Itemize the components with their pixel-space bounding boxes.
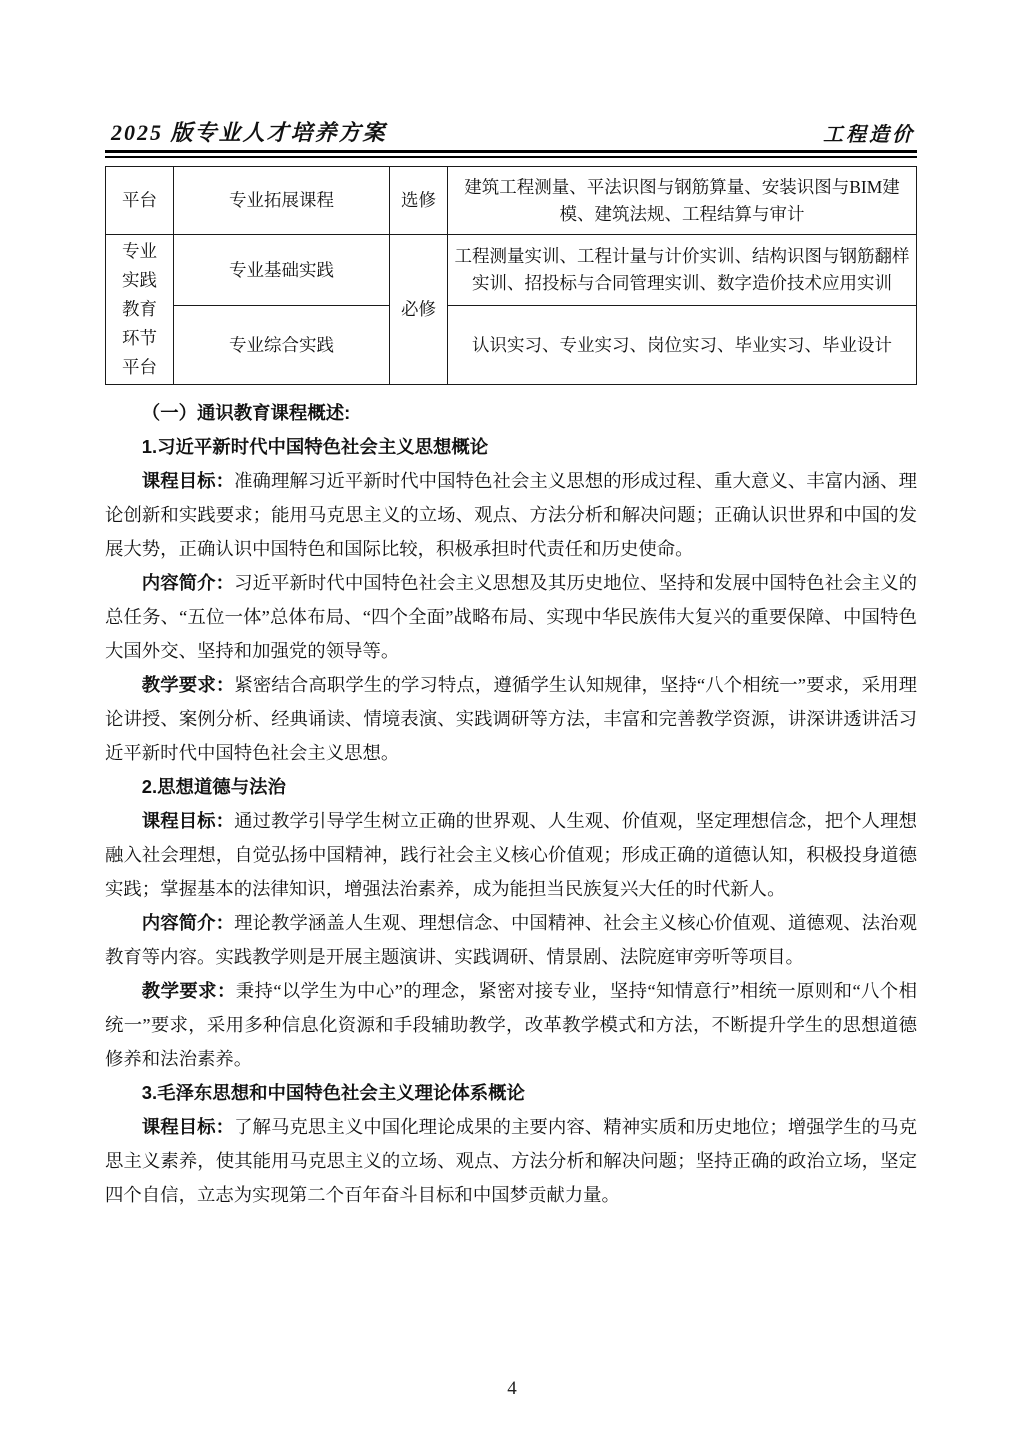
cell-platform-row1: 平台 [106,167,174,235]
paragraph-label: 课程目标： [142,470,234,491]
paragraph-label: 课程目标： [142,1116,234,1137]
cell-courses-row3: 认识实习、专业实习、岗位实习、毕业实习、毕业设计 [448,306,917,385]
paragraph: 教学要求：紧密结合高职学生的学习特点，遵循学生认知规律，坚持“八个相统一”要求，… [105,668,917,770]
cell-platform-merged: 专业实践教育环节平台 [106,235,174,385]
course-title: 2.思想道德与法治 [105,770,917,804]
course-section-2: 2.思想道德与法治 课程目标：通过教学引导学生树立正确的世界观、人生观、价值观，… [105,770,917,1076]
paragraph: 课程目标：通过教学引导学生树立正确的世界观、人生观、价值观，坚定理想信念，把个人… [105,804,917,906]
cell-category-row3: 专业综合实践 [174,306,390,385]
cell-courses-row2: 工程测量实训、工程计量与计价实训、结构识图与钢筋翻样实训、招投标与合同管理实训、… [448,235,917,306]
header-title-right: 工程造价 [823,118,915,147]
cell-type-row1: 选修 [390,167,448,235]
course-section-1: 1.习近平新时代中国特色社会主义思想概论 课程目标：准确理解习近平新时代中国特色… [105,430,917,770]
paragraph: 内容简介：习近平新时代中国特色社会主义思想及其历史地位、坚持和发展中国特色社会主… [105,566,917,668]
header-title-left: 2025 版专业人才培养方案 [111,116,387,147]
vertical-platform-label: 专业实践教育环节平台 [121,237,159,382]
paragraph: 内容简介：理论教学涵盖人生观、理想信念、中国精神、社会主义核心价值观、道德观、法… [105,906,917,974]
page-number: 4 [0,1378,1024,1400]
table-row: 专业综合实践 认识实习、专业实习、岗位实习、毕业实习、毕业设计 [106,306,917,385]
paragraph: 课程目标：准确理解习近平新时代中国特色社会主义思想的形成过程、重大意义、丰富内涵… [105,464,917,566]
paragraph: 教学要求：秉持“以学生为中心”的理念，紧密对接专业，坚持“知情意行”相统一原则和… [105,974,917,1076]
paragraph: 课程目标：了解马克思主义中国化理论成果的主要内容、精神实质和历史地位；增强学生的… [105,1110,917,1212]
course-title: 1.习近平新时代中国特色社会主义思想概论 [105,430,917,464]
cell-type-merged: 必修 [390,235,448,385]
document-page: 2025 版专业人才培养方案 工程造价 平台 专业拓展课程 选修 建筑工程测量、… [0,0,1024,1448]
curriculum-table: 平台 专业拓展课程 选修 建筑工程测量、平法识图与钢筋算量、安装识图与BIM建模… [105,166,917,385]
header-divider-rule [105,150,917,158]
page-header: 2025 版专业人才培养方案 工程造价 [105,116,917,147]
cell-courses-row1: 建筑工程测量、平法识图与钢筋算量、安装识图与BIM建模、建筑法规、工程结算与审计 [448,167,917,235]
page-content: 2025 版专业人才培养方案 工程造价 平台 专业拓展课程 选修 建筑工程测量、… [105,116,917,1212]
paragraph-label: 内容简介： [142,912,234,933]
overview-heading: （一）通识教育课程概述: [105,396,917,430]
cell-category-row1: 专业拓展课程 [174,167,390,235]
paragraph-label: 课程目标： [142,810,234,831]
course-section-3: 3.毛泽东思想和中国特色社会主义理论体系概论 课程目标：了解马克思主义中国化理论… [105,1076,917,1212]
cell-category-row2: 专业基础实践 [174,235,390,306]
paragraph-label: 教学要求： [142,674,235,695]
table-row: 平台 专业拓展课程 选修 建筑工程测量、平法识图与钢筋算量、安装识图与BIM建模… [106,167,917,235]
body-text-block: （一）通识教育课程概述: 1.习近平新时代中国特色社会主义思想概论 课程目标：准… [105,396,917,1212]
table-row: 专业实践教育环节平台 专业基础实践 必修 工程测量实训、工程计量与计价实训、结构… [106,235,917,306]
paragraph-label: 内容简介： [142,572,234,593]
paragraph-label: 教学要求： [142,980,236,1001]
course-title: 3.毛泽东思想和中国特色社会主义理论体系概论 [105,1076,917,1110]
